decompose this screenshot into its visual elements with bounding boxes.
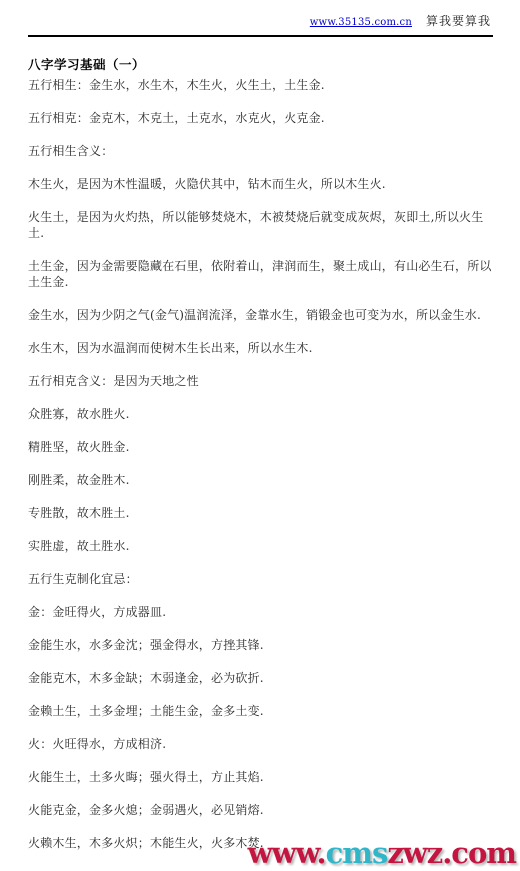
paragraph: 五行生克制化宜忌：: [28, 571, 496, 587]
paragraph: 五行相克含义：是因为天地之性: [28, 373, 496, 389]
paragraph: 五行相生：金生水，水生木，木生火，火生土，土生金.: [28, 77, 496, 93]
paragraph: 刚胜柔，故金胜木.: [28, 472, 496, 488]
watermark-suffix: zwz.com: [387, 836, 516, 870]
site-name: 算我要算我: [426, 14, 491, 28]
paragraph: 木生火，是因为木性温暖，火隐伏其中，钻木而生火，所以木生火.: [28, 176, 496, 192]
watermark-highlight: cms: [326, 836, 388, 870]
paragraph: 金：金旺得火，方成器皿.: [28, 604, 496, 620]
paragraph: 火能生土，土多火晦；强火得土，方止其焰.: [28, 769, 496, 785]
paragraphs: 五行相生：金生水，水生木，木生火，火生土，土生金.五行相克：金克木，木克土，土克…: [28, 77, 496, 851]
page-title: 八字学习基础（一）: [28, 57, 496, 73]
paragraph: 土生金，因为金需要隐藏在石里，依附着山，津润而生，聚土成山，有山必生石，所以土生…: [28, 258, 496, 290]
document-content: 八字学习基础（一） 五行相生：金生水，水生木，木生火，火生土，土生金.五行相克：…: [28, 57, 496, 851]
paragraph: 五行相生含义：: [28, 143, 496, 159]
paragraph: 火生土，是因为火灼热，所以能够焚烧木，木被焚烧后就变成灰烬，灰即土,所以火生土.: [28, 209, 496, 241]
watermark: www.cmszwz.com: [248, 839, 516, 868]
paragraph: 金赖土生，土多金埋；土能生金，金多土变.: [28, 703, 496, 719]
page-header: www.35135.com.cn算我要算我: [0, 0, 520, 37]
document-page: www.35135.com.cn算我要算我 八字学习基础（一） 五行相生：金生水…: [0, 0, 520, 871]
paragraph: 专胜散，故木胜土.: [28, 505, 496, 521]
paragraph: 精胜坚，故火胜金.: [28, 439, 496, 455]
paragraph: 火：火旺得水，方成相济.: [28, 736, 496, 752]
header-inner: www.35135.com.cn算我要算我: [28, 10, 493, 37]
paragraph: 金生水，因为少阴之气(金气)温润流泽，金靠水生，销锻金也可变为水，所以金生水.: [28, 307, 496, 323]
paragraph: 水生木，因为水温润而使树木生长出来，所以水生木.: [28, 340, 496, 356]
paragraph: 金能克木，木多金缺；木弱逢金，必为砍折.: [28, 670, 496, 686]
paragraph: 金能生水，水多金沈；强金得水，方挫其锋.: [28, 637, 496, 653]
header-link[interactable]: www.35135.com.cn: [310, 17, 412, 28]
paragraph: 众胜寡，故水胜火.: [28, 406, 496, 422]
watermark-prefix: www.: [248, 836, 326, 870]
paragraph: 实胜虚，故土胜水.: [28, 538, 496, 554]
paragraph: 五行相克：金克木，木克土，土克水，水克火，火克金.: [28, 110, 496, 126]
paragraph: 火能克金，金多火熄；金弱遇火，必见销熔.: [28, 802, 496, 818]
